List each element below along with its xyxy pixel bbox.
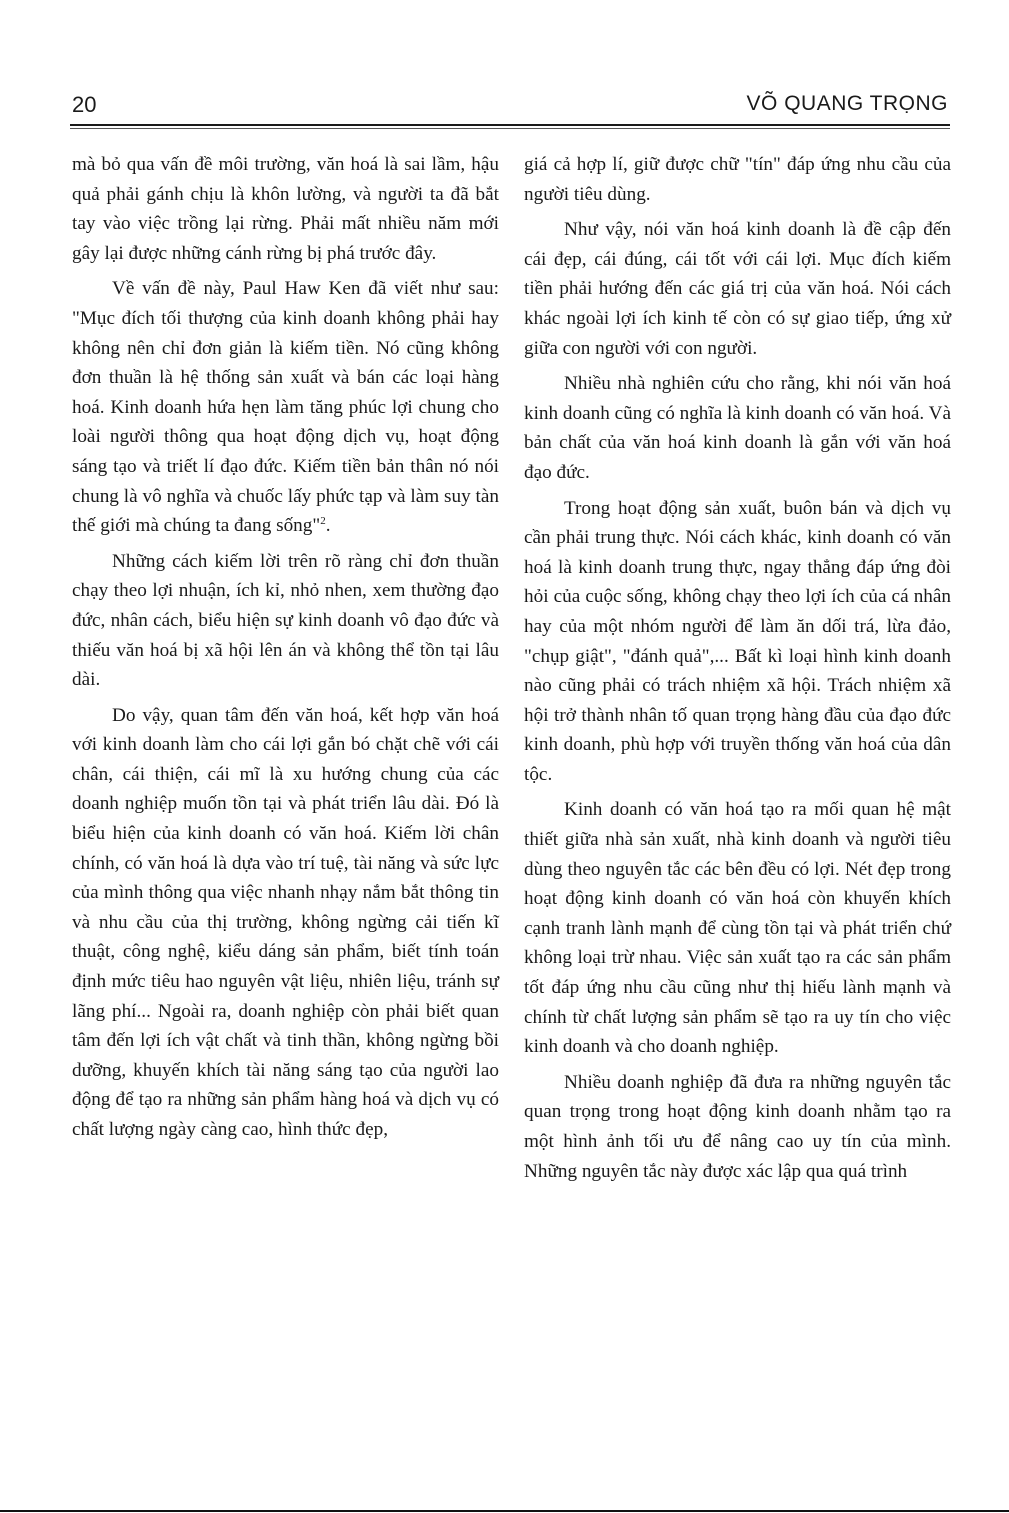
header-rule xyxy=(70,124,950,126)
quote-tail: . xyxy=(326,515,331,536)
page-number: 20 xyxy=(72,92,96,118)
paragraph-continued: giá cả hợp lí, giữ được chữ "tín" đáp ứn… xyxy=(524,150,951,209)
header-rule-thin xyxy=(70,128,950,129)
paragraph: Trong hoạt động sản xuất, buôn bán và dị… xyxy=(524,494,951,790)
page-bottom-edge xyxy=(0,1510,1009,1512)
running-head-author: VÕ QUANG TRỌNG xyxy=(747,92,948,116)
paragraph: Những cách kiếm lời trên rõ ràng chỉ đơn… xyxy=(72,547,499,695)
paragraph-quote: Về vấn đề này, Paul Haw Ken đã viết như … xyxy=(72,274,499,540)
paragraph: Nhiều doanh nghiệp đã đưa ra những nguyê… xyxy=(524,1068,951,1186)
paragraph: Nhiều nhà nghiên cứu cho rằng, khi nói v… xyxy=(524,369,951,487)
paragraph: Do vậy, quan tâm đến văn hoá, kết hợp vă… xyxy=(72,701,499,1145)
paragraph: Như vậy, nói văn hoá kinh doanh là đề cậ… xyxy=(524,215,951,363)
quote-text: Về vấn đề này, Paul Haw Ken đã viết như … xyxy=(72,278,499,536)
paragraph: Kinh doanh có văn hoá tạo ra mối quan hệ… xyxy=(524,795,951,1061)
right-column: giá cả hợp lí, giữ được chữ "tín" đáp ứn… xyxy=(524,150,951,1192)
page-header: 20 VÕ QUANG TRỌNG xyxy=(70,92,948,122)
left-column: mà bỏ qua vấn đề môi trường, văn hoá là … xyxy=(72,150,499,1151)
paragraph-continued: mà bỏ qua vấn đề môi trường, văn hoá là … xyxy=(72,150,499,268)
